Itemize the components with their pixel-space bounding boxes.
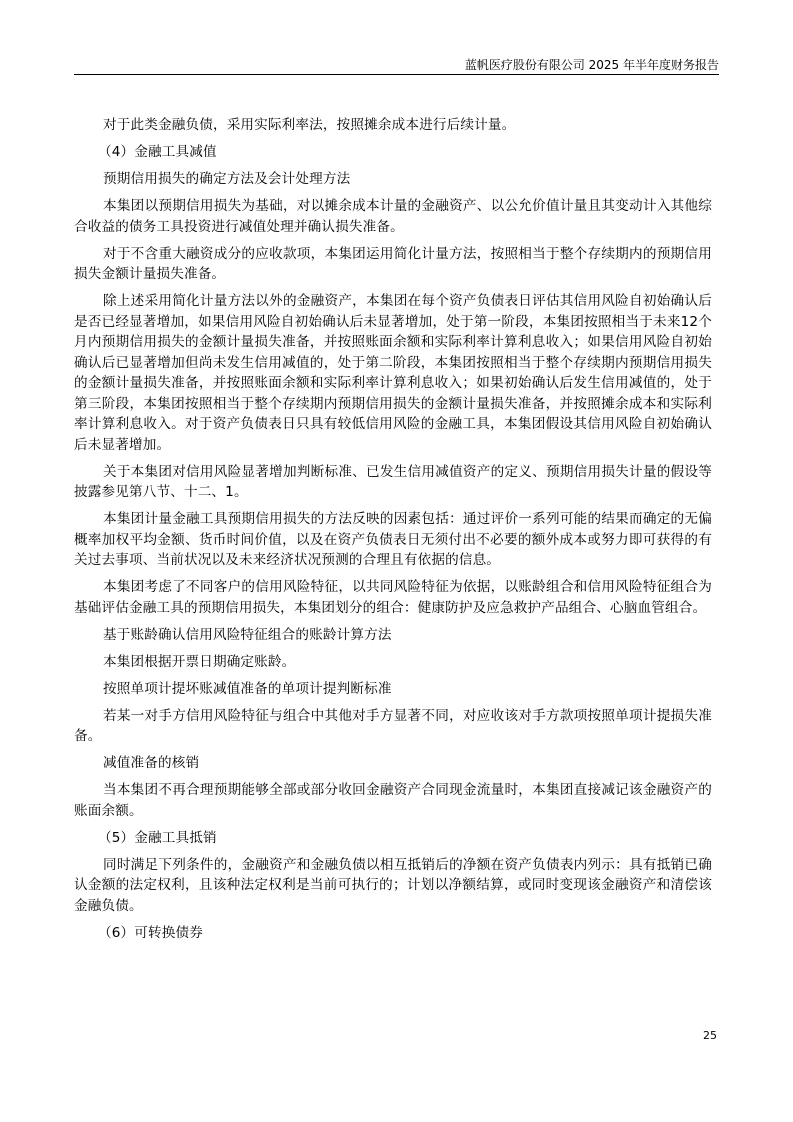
paragraph: 除上述采用简化计量方法以外的金融资产，本集团在每个资产负债表日评估其信用风险自初…	[74, 291, 712, 455]
paragraph: 本集团根据开票日期确定账龄。	[74, 652, 712, 673]
paragraph: 本集团以预期信用损失为基础，对以摊余成本计量的金融资产、以公允价值计量且其变动计…	[74, 196, 712, 237]
page-number: 25	[703, 1029, 717, 1042]
paragraph: 关于本集团对信用风险显著增加判断标准、已发生信用减值资产的定义、预期信用损失计量…	[74, 462, 712, 503]
section-heading-4: （4）金融工具减值	[74, 142, 712, 163]
paragraph: 若某一对手方信用风险特征与组合中其他对手方显著不同，对应收该对手方款项按照单项计…	[74, 706, 712, 747]
paragraph: 同时满足下列条件的，金融资产和金融负债以相互抵销后的净额在资产负债表内列示：具有…	[74, 855, 712, 917]
subheading: 基于账龄确认信用风险特征组合的账龄计算方法	[74, 625, 712, 646]
subheading: 预期信用损失的确定方法及会计处理方法	[74, 169, 712, 190]
report-title: 蓝帆医疗股份有限公司 2025 年半年度财务报告	[465, 56, 719, 73]
paragraph: 对于不含重大融资成分的应收款项，本集团运用简化计量方法，按照相当于整个存续期内的…	[74, 244, 712, 285]
section-heading-5: （5）金融工具抵销	[74, 828, 712, 849]
page-header: 蓝帆医疗股份有限公司 2025 年半年度财务报告	[74, 54, 719, 75]
subheading: 按照单项计提坏账减值准备的单项计提判断标准	[74, 679, 712, 700]
paragraph: 本集团考虑了不同客户的信用风险特征，以共同风险特征为依据，以账龄组合和信用风险特…	[74, 577, 712, 618]
document-body: 对于此类金融负债，采用实际利率法，按照摊余成本进行后续计量。 （4）金融工具减值…	[74, 115, 712, 950]
subheading: 减值准备的核销	[74, 753, 712, 774]
section-heading-6: （6）可转换债券	[74, 923, 712, 944]
paragraph: 本集团计量金融工具预期信用损失的方法反映的因素包括：通过评价一系列可能的结果而确…	[74, 509, 712, 571]
paragraph: 对于此类金融负债，采用实际利率法，按照摊余成本进行后续计量。	[74, 115, 712, 136]
paragraph: 当本集团不再合理预期能够全部或部分收回金融资产合同现金流量时，本集团直接减记该金…	[74, 780, 712, 821]
